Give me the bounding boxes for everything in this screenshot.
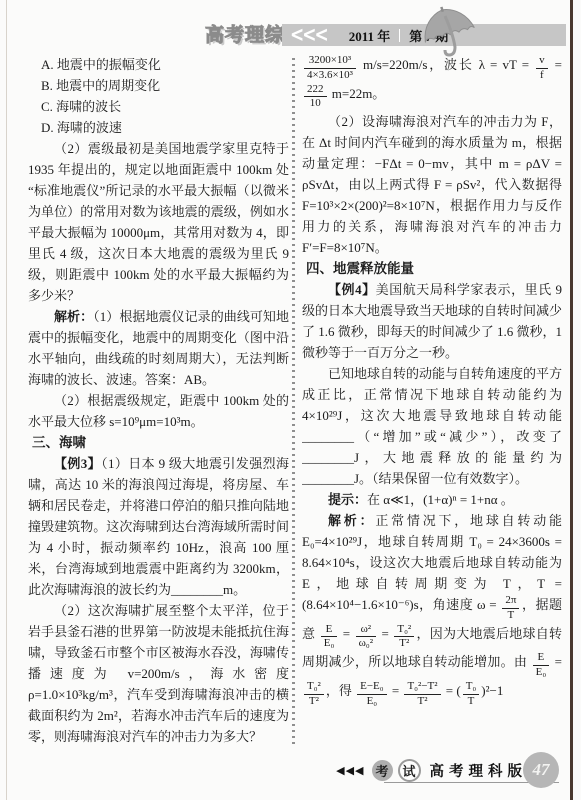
page-footer: ◀◀◀ 考 试 高考理科版 47 bbox=[336, 750, 559, 790]
fraction: 22210 bbox=[304, 83, 327, 112]
paragraph: 解析：正常情况下，地球自转动能 E₀=4×10²⁹J，地球自转周期 T₀ = 2… bbox=[302, 510, 562, 708]
text-run: A. 地震中的振幅变化 bbox=[41, 57, 161, 72]
paragraph: （2）根据震级规定，距震中 100km 处的水平最大位移 s=10⁹μm=10³… bbox=[28, 390, 289, 432]
text-run: 四、地震释放能量 bbox=[306, 261, 414, 276]
paragraph: （2）震级最初是美国地震学家里克特于 1935 年提出的，规定以地面距震中 10… bbox=[28, 138, 289, 306]
issue-year: 2011 年 bbox=[349, 26, 391, 45]
text-run: = bbox=[550, 57, 562, 72]
text-run: = bbox=[551, 654, 562, 669]
paragraph: 【例4】美国航天局科学家表示，里氏 9 级的日本大地震导致当天地球的自转时间减少… bbox=[302, 279, 562, 363]
bold-label: 提示： bbox=[328, 492, 367, 507]
chevrons-icon: <<< bbox=[290, 23, 327, 48]
text-run: （2）这次海啸扩展至整个太平洋，位于岩手县釜石港的世界第一防波堤未能抵抗住海啸，… bbox=[28, 603, 289, 744]
paragraph: 解析：（1）根据地震仪记录的曲线可知地震中的振幅变化，地震中的周期变化（图中沿水… bbox=[28, 306, 289, 390]
paragraph: 已知地球自转的动能与自转角速度的平方成正比，正常情况下地球自转动能约为 4×10… bbox=[302, 363, 562, 489]
fraction: vf bbox=[536, 54, 548, 83]
fraction: EE₀ bbox=[533, 651, 550, 680]
footer-circle-kao: 考 bbox=[372, 760, 393, 781]
text-run: 已知地球自转的动能与自转角速度的平方成正比，正常情况下地球自转动能约为 4×10… bbox=[302, 366, 562, 486]
text-run: （2）设海啸海浪对汽车的冲击力为 F，在 Δt 时间内汽车碰到的海水质量为 m，… bbox=[302, 114, 562, 255]
paragraph: 提示：在 α≪1，(1+α)ⁿ = 1+nα 。 bbox=[302, 489, 562, 510]
bold-label: 解析： bbox=[54, 309, 93, 324]
text-run: )²−1 bbox=[481, 683, 503, 698]
page-edge-left bbox=[6, 0, 7, 800]
text-run: m=22m。 bbox=[329, 86, 386, 101]
edition-label: 高考理科版 bbox=[430, 760, 528, 781]
section-heading: 四、地震释放能量 bbox=[302, 258, 562, 279]
fraction: ω²ω₀² bbox=[356, 623, 376, 652]
text-run: D. 海啸的波速 bbox=[41, 120, 122, 135]
fraction: T₀²T² bbox=[304, 680, 324, 709]
paragraph: （2）设海啸海浪对汽车的冲击力为 F，在 Δt 时间内汽车碰到的海水质量为 m，… bbox=[302, 111, 562, 258]
bold-label: 【例3】 bbox=[54, 456, 101, 471]
magazine-title: 高考理综 bbox=[205, 20, 285, 47]
footer-arrows-icon: ◀◀◀ bbox=[336, 764, 364, 777]
text-run: = ( bbox=[443, 683, 461, 698]
text-run: = bbox=[378, 626, 392, 641]
option-line: C. 海啸的波长 bbox=[28, 96, 289, 117]
fraction: 3200×10³4×3.6×10³ bbox=[304, 54, 356, 83]
fraction: T₀²−T²T² bbox=[404, 680, 440, 709]
text-run: （1）日本 9 级大地震引发强烈海啸，高达 10 米的海浪闯过海堤，将房屋、车辆… bbox=[28, 456, 289, 597]
column-divider bbox=[292, 58, 295, 746]
text-run: 三、海啸 bbox=[32, 435, 86, 450]
bold-label: 【例4】 bbox=[328, 282, 376, 297]
option-line: A. 地震中的振幅变化 bbox=[28, 54, 289, 75]
paragraph: 3200×10³4×3.6×10³ m/s=220m/s，波长 λ = vT =… bbox=[302, 54, 562, 111]
text-run: ，得 bbox=[326, 683, 355, 698]
section-heading: 三、海啸 bbox=[28, 432, 289, 453]
text-run: 在 α≪1，(1+α)ⁿ = 1+nα 。 bbox=[367, 492, 514, 507]
paragraph: 解析：（1）海啸海浪的波速 v = st = bbox=[28, 747, 289, 748]
paragraph: 【例3】（1）日本 9 级大地震引发强烈海啸，高达 10 米的海浪闯过海堤，将房… bbox=[28, 453, 289, 600]
fraction: 2πT bbox=[502, 594, 519, 623]
fraction: T₀²T² bbox=[394, 623, 414, 652]
page-edge-right bbox=[570, 0, 573, 800]
fraction: T₀T bbox=[463, 680, 480, 709]
text-run: （2）根据震级规定，距震中 100km 处的水平最大位移 s=10⁹μm=10³… bbox=[28, 393, 289, 429]
fraction: E−E₀E₀ bbox=[357, 680, 386, 709]
fraction: EE₀ bbox=[321, 623, 338, 652]
magazine-page: 高考理综 <<< 2011 年 第 7 期 A. 地震中的振幅变化B. 地震中的… bbox=[0, 0, 581, 800]
footer-circle-shi: 试 bbox=[398, 759, 421, 782]
bold-label: 解析： bbox=[328, 513, 375, 528]
text-run: m/s=220m/s，波长 λ = vT = bbox=[358, 57, 534, 72]
left-column: A. 地震中的振幅变化B. 地震中的周期变化C. 海啸的波长D. 海啸的波速（2… bbox=[28, 54, 289, 748]
page-number: 47 bbox=[523, 752, 559, 788]
paragraph: （2）这次海啸扩展至整个太平洋，位于岩手县釜石港的世界第一防波堤未能抵抗住海啸，… bbox=[28, 600, 289, 747]
option-line: D. 海啸的波速 bbox=[28, 117, 289, 138]
option-line: B. 地震中的周期变化 bbox=[28, 75, 289, 96]
right-column: 3200×10³4×3.6×10³ m/s=220m/s，波长 λ = vT =… bbox=[302, 54, 562, 748]
text-run: （2）震级最初是美国地震学家里克特于 1935 年提出的，规定以地面距震中 10… bbox=[28, 141, 289, 303]
text-run: C. 海啸的波长 bbox=[41, 99, 121, 114]
text-run: = bbox=[339, 626, 353, 641]
fraction: st bbox=[236, 747, 246, 748]
text-run: = bbox=[389, 683, 403, 698]
text-run: B. 地震中的周期变化 bbox=[41, 78, 160, 93]
bar-divider bbox=[399, 29, 400, 42]
